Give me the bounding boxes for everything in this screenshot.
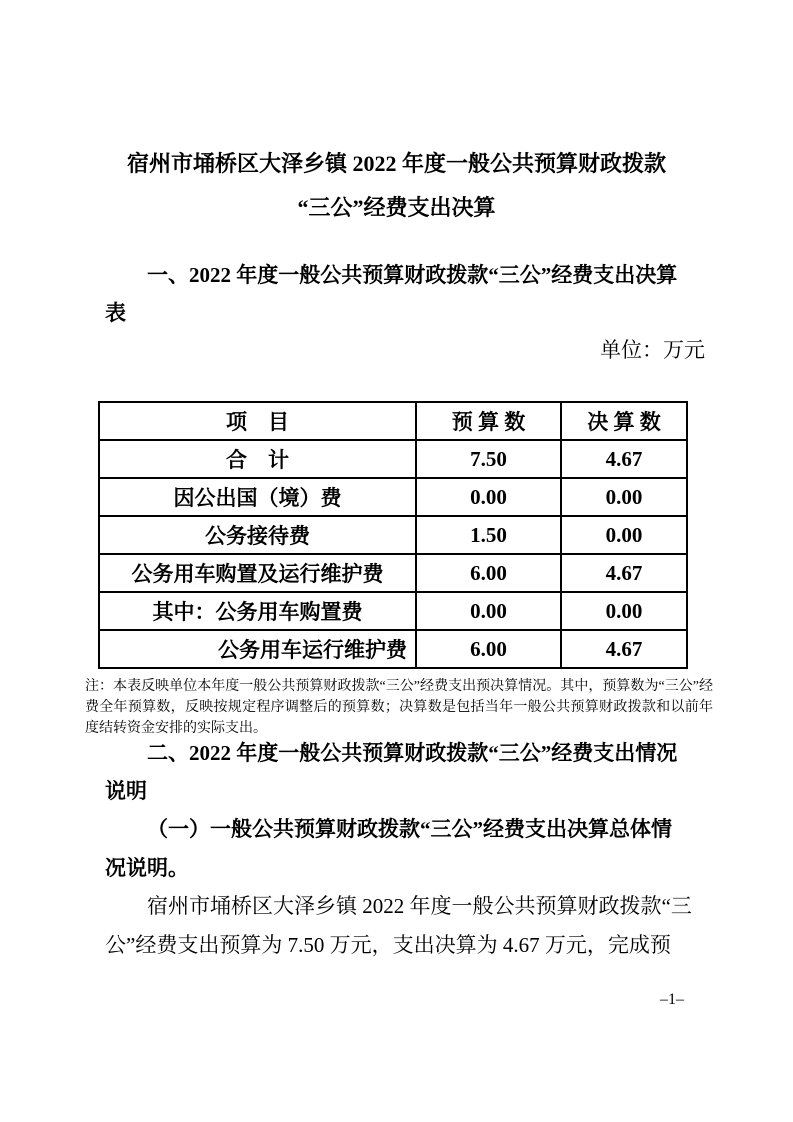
cell-final: 4.67 xyxy=(561,554,687,592)
table-header-row: 项 目 预 算 数 决 算 数 xyxy=(99,402,687,440)
table-header-budget: 预 算 数 xyxy=(416,402,561,440)
document-title-line-2: “三公”经费支出决算 xyxy=(0,186,793,230)
section1-heading-line-1: 一、2022 年度一般公共预算财政拨款“三公”经费支出决算 xyxy=(147,256,677,294)
cell-final: 0.00 xyxy=(561,592,687,630)
cell-budget: 0.00 xyxy=(416,478,561,516)
cell-budget: 6.00 xyxy=(416,554,561,592)
table-row-abroad: 因公出国（境）费 0.00 0.00 xyxy=(99,478,687,516)
subsection1-heading-line-1: （一）一般公共预算财政拨款“三公”经费支出决算总体情 xyxy=(147,810,672,848)
cell-final: 4.67 xyxy=(561,630,687,668)
cell-final: 0.00 xyxy=(561,478,687,516)
table-header-final: 决 算 数 xyxy=(561,402,687,440)
table-row-vehicle-purchase: 其中：公务用车购置费 0.00 0.00 xyxy=(99,592,687,630)
cell-final: 0.00 xyxy=(561,516,687,554)
body-paragraph-line-1: 宿州市埇桥区大泽乡镇 2022 年度一般公共预算财政拨款“三 xyxy=(147,887,692,925)
page-number: –1– xyxy=(660,990,684,1010)
unit-label: 单位：万元 xyxy=(85,331,705,369)
section1-heading-line-2: 表 xyxy=(105,294,126,332)
cell-item: 公务用车购置及运行维护费 xyxy=(99,554,416,592)
table-footnote: 注：本表反映单位本年度一般公共预算财政拨款“三公”经费支出预决算情况。其中，预算… xyxy=(85,676,713,739)
table-row-total: 合 计 7.50 4.67 xyxy=(99,440,687,478)
cell-item: 因公出国（境）费 xyxy=(99,478,416,516)
sangong-expenditure-table: 项 目 预 算 数 决 算 数 合 计 7.50 4.67 因公出国（境）费 0… xyxy=(98,401,688,669)
cell-budget: 0.00 xyxy=(416,592,561,630)
cell-item: 其中：公务用车购置费 xyxy=(99,592,416,630)
section2-heading-line-1: 二、2022 年度一般公共预算财政拨款“三公”经费支出情况 xyxy=(147,734,677,772)
cell-item: 公务用车运行维护费 xyxy=(99,630,416,668)
document-page: 宿州市埇桥区大泽乡镇 2022 年度一般公共预算财政拨款 “三公”经费支出决算 … xyxy=(0,0,793,1122)
section2-heading-line-2: 说明 xyxy=(105,772,147,810)
document-title-line-1: 宿州市埇桥区大泽乡镇 2022 年度一般公共预算财政拨款 xyxy=(0,142,793,186)
table-row-vehicle-total: 公务用车购置及运行维护费 6.00 4.67 xyxy=(99,554,687,592)
cell-final: 4.67 xyxy=(561,440,687,478)
table-row-vehicle-operation: 公务用车运行维护费 6.00 4.67 xyxy=(99,630,687,668)
subsection1-heading-line-2: 况说明。 xyxy=(105,849,189,887)
table-header-item: 项 目 xyxy=(99,402,416,440)
table-row-reception: 公务接待费 1.50 0.00 xyxy=(99,516,687,554)
cell-budget: 1.50 xyxy=(416,516,561,554)
cell-budget: 7.50 xyxy=(416,440,561,478)
body-paragraph-line-2: 公”经费支出预算为 7.50 万元，支出决算为 4.67 万元，完成预 xyxy=(105,926,671,964)
cell-budget: 6.00 xyxy=(416,630,561,668)
cell-item: 合 计 xyxy=(99,440,416,478)
cell-item: 公务接待费 xyxy=(99,516,416,554)
